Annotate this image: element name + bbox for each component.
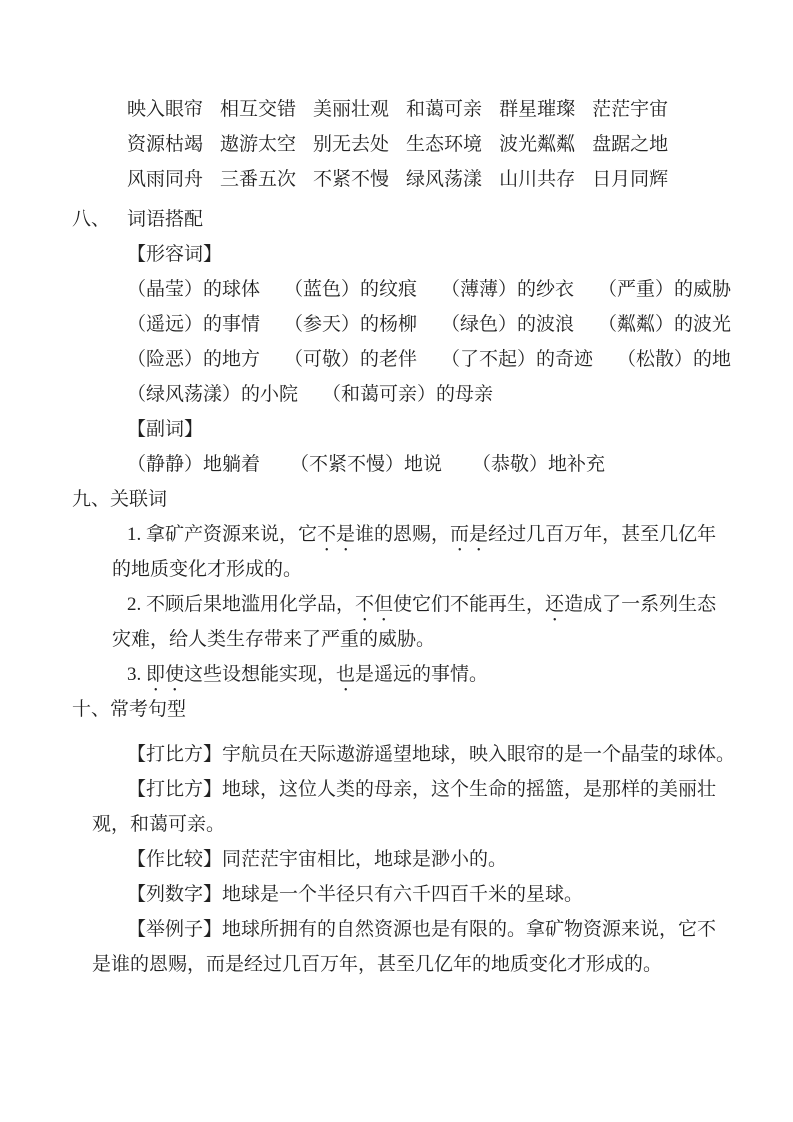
sentence-tag: 【打比方】 [127, 779, 222, 800]
sentence-line: 【打比方】地球，这位人类的母亲，这个生命的摇篮，是那样的美丽壮 [127, 772, 733, 807]
collocation-item: （蓝色）的纹痕 [284, 272, 417, 307]
plain-text: 经过几百万年，甚至几亿年 [488, 524, 716, 545]
word-item: 三番五次 [220, 162, 296, 197]
collocation-row: （静静）地躺着（不紧不慢）地说（恭敬）地补充 [127, 447, 733, 482]
adverb-collocations: （静静）地躺着（不紧不慢）地说（恭敬）地补充 [72, 447, 733, 482]
collocation-item: （绿色）的波浪 [441, 307, 574, 342]
sentence-line: 观，和蔼可亲。 [92, 807, 733, 842]
adverb-label: 【副词】 [127, 412, 733, 447]
collocation-item: （粼粼）的波光 [598, 307, 731, 342]
emphasized-text: 不是 [317, 524, 355, 545]
plain-text: 谁的恩赐， [355, 524, 450, 545]
plain-text: 使它们不能再生， [393, 594, 545, 615]
word-row: 风雨同舟三番五次不紧不慢绿风荡漾山川共存日月同辉 [127, 162, 733, 197]
plain-text: 3. [127, 664, 146, 685]
word-item: 不紧不慢 [313, 162, 389, 197]
plain-text: 是遥远的事情。 [355, 664, 488, 685]
collocation-item: （和蔼可亲）的母亲 [322, 377, 493, 412]
plain-text: 造成了一系列生态 [564, 594, 716, 615]
collocation-item: （绿风荡漾）的小院 [127, 377, 298, 412]
word-item: 遨游太空 [220, 127, 296, 162]
related-words-line: 1. 拿矿产资源来说，它不是谁的恩赐，而是经过几百万年，甚至几亿年 [127, 517, 733, 552]
collocation-item: （恭敬）地补充 [472, 447, 605, 482]
sentence-line: 【列数字】地球是一个半径只有六千四百千米的星球。 [127, 877, 733, 912]
word-item: 绿风荡漾 [406, 162, 482, 197]
word-item: 日月同辉 [592, 162, 668, 197]
word-row: 资源枯竭遨游太空别无去处生态环境波光粼粼盘踞之地 [127, 127, 733, 162]
emphasized-text: 也 [336, 664, 355, 685]
collocation-item: （晶莹）的球体 [127, 272, 260, 307]
collocation-item: （薄薄）的纱衣 [441, 272, 574, 307]
related-words-list: 1. 拿矿产资源来说，它不是谁的恩赐，而是经过几百万年，甚至几亿年的地质变化才形… [72, 517, 733, 692]
word-item: 山川共存 [499, 162, 575, 197]
word-item: 波光粼粼 [499, 127, 575, 162]
sentence-line: 【打比方】宇航员在天际遨游遥望地球，映入眼帘的是一个晶莹的球体。 [127, 737, 733, 772]
word-item: 风雨同舟 [127, 162, 203, 197]
plain-text: 2. 不顾后果地滥用化学品， [127, 594, 355, 615]
collocation-item: （参天）的杨柳 [284, 307, 417, 342]
collocation-row: （晶莹）的球体（蓝色）的纹痕（薄薄）的纱衣（严重）的威胁 [127, 272, 733, 307]
collocation-item: （了不起）的奇迹 [441, 342, 593, 377]
section-9-title: 关联词 [110, 489, 167, 510]
word-item: 别无去处 [313, 127, 389, 162]
plain-text: 1. 拿矿产资源来说，它 [127, 524, 317, 545]
collocation-item: （松散）的地 [617, 342, 731, 377]
word-item: 美丽壮观 [313, 92, 389, 127]
related-words-line: 3. 即使这些设想能实现，也是遥远的事情。 [127, 657, 733, 692]
adjective-collocations: （晶莹）的球体（蓝色）的纹痕（薄薄）的纱衣（严重）的威胁（遥远）的事情（参天）的… [72, 272, 733, 412]
collocation-row: （遥远）的事情（参天）的杨柳（绿色）的波浪（粼粼）的波光 [127, 307, 733, 342]
related-words-line: 2. 不顾后果地滥用化学品，不但使它们不能再生，还造成了一系列生态 [127, 587, 733, 622]
collocation-item: （遥远）的事情 [127, 307, 260, 342]
sentence-line: 【作比较】同茫茫宇宙相比，地球是渺小的。 [127, 842, 733, 877]
sentence-tag: 【作比较】 [127, 849, 222, 870]
plain-text: 这些设想能实现， [184, 664, 336, 685]
emphasized-text: 不但 [355, 594, 393, 615]
document-page: 映入眼帘相互交错美丽壮观和蔼可亲群星璀璨茫茫宇宙资源枯竭遨游太空别无去处生态环境… [0, 0, 793, 1122]
section-8-number: 八、 [72, 202, 127, 237]
plain-text: 灾难，给人类生存带来了严重的威胁。 [112, 629, 435, 650]
word-row: 映入眼帘相互交错美丽壮观和蔼可亲群星璀璨茫茫宇宙 [127, 92, 733, 127]
sentence-tag: 【举例子】 [127, 919, 222, 940]
section-9-number: 九、 [72, 489, 110, 510]
sentence-tag: 【打比方】 [127, 744, 222, 765]
word-item: 生态环境 [406, 127, 482, 162]
word-item: 茫茫宇宙 [592, 92, 668, 127]
word-item: 映入眼帘 [127, 92, 203, 127]
word-list: 映入眼帘相互交错美丽壮观和蔼可亲群星璀璨茫茫宇宙资源枯竭遨游太空别无去处生态环境… [72, 92, 733, 197]
section-10-header: 十、常考句型 [72, 692, 733, 727]
collocation-item: （险恶）的地方 [127, 342, 260, 377]
section-10-title: 常考句型 [110, 699, 186, 720]
word-item: 相互交错 [220, 92, 296, 127]
plain-text: 的地质变化才形成的。 [112, 559, 302, 580]
adjective-label: 【形容词】 [127, 237, 733, 272]
emphasized-text: 还 [545, 594, 564, 615]
word-item: 盘踞之地 [592, 127, 668, 162]
emphasized-text: 而是 [450, 524, 488, 545]
collocation-item: （静静）地躺着 [127, 447, 260, 482]
word-item: 资源枯竭 [127, 127, 203, 162]
section-8-title: 词语搭配 [127, 209, 203, 230]
related-words-line: 灾难，给人类生存带来了严重的威胁。 [112, 622, 733, 657]
section-10-number: 十、 [72, 699, 110, 720]
sentence-tag: 【列数字】 [127, 884, 222, 905]
emphasized-text: 即使 [146, 664, 184, 685]
sentence-line: 是谁的恩赐，而是经过几百万年，甚至几亿年的地质变化才形成的。 [92, 947, 733, 982]
collocation-row: （绿风荡漾）的小院（和蔼可亲）的母亲 [127, 377, 733, 412]
sentence-line: 【举例子】地球所拥有的自然资源也是有限的。拿矿物资源来说，它不 [127, 912, 733, 947]
related-words-line: 的地质变化才形成的。 [112, 552, 733, 587]
section-9-header: 九、关联词 [72, 482, 733, 517]
word-item: 群星璀璨 [499, 92, 575, 127]
word-item: 和蔼可亲 [406, 92, 482, 127]
collocation-item: （不紧不慢）地说 [290, 447, 442, 482]
collocation-item: （严重）的威胁 [598, 272, 731, 307]
collocation-row: （险恶）的地方（可敬）的老伴（了不起）的奇迹（松散）的地 [127, 342, 733, 377]
collocation-item: （可敬）的老伴 [284, 342, 417, 377]
sentence-type-list: 【打比方】宇航员在天际遨游遥望地球，映入眼帘的是一个晶莹的球体。【打比方】地球，… [72, 737, 733, 982]
section-8-header: 八、词语搭配 [72, 202, 733, 237]
